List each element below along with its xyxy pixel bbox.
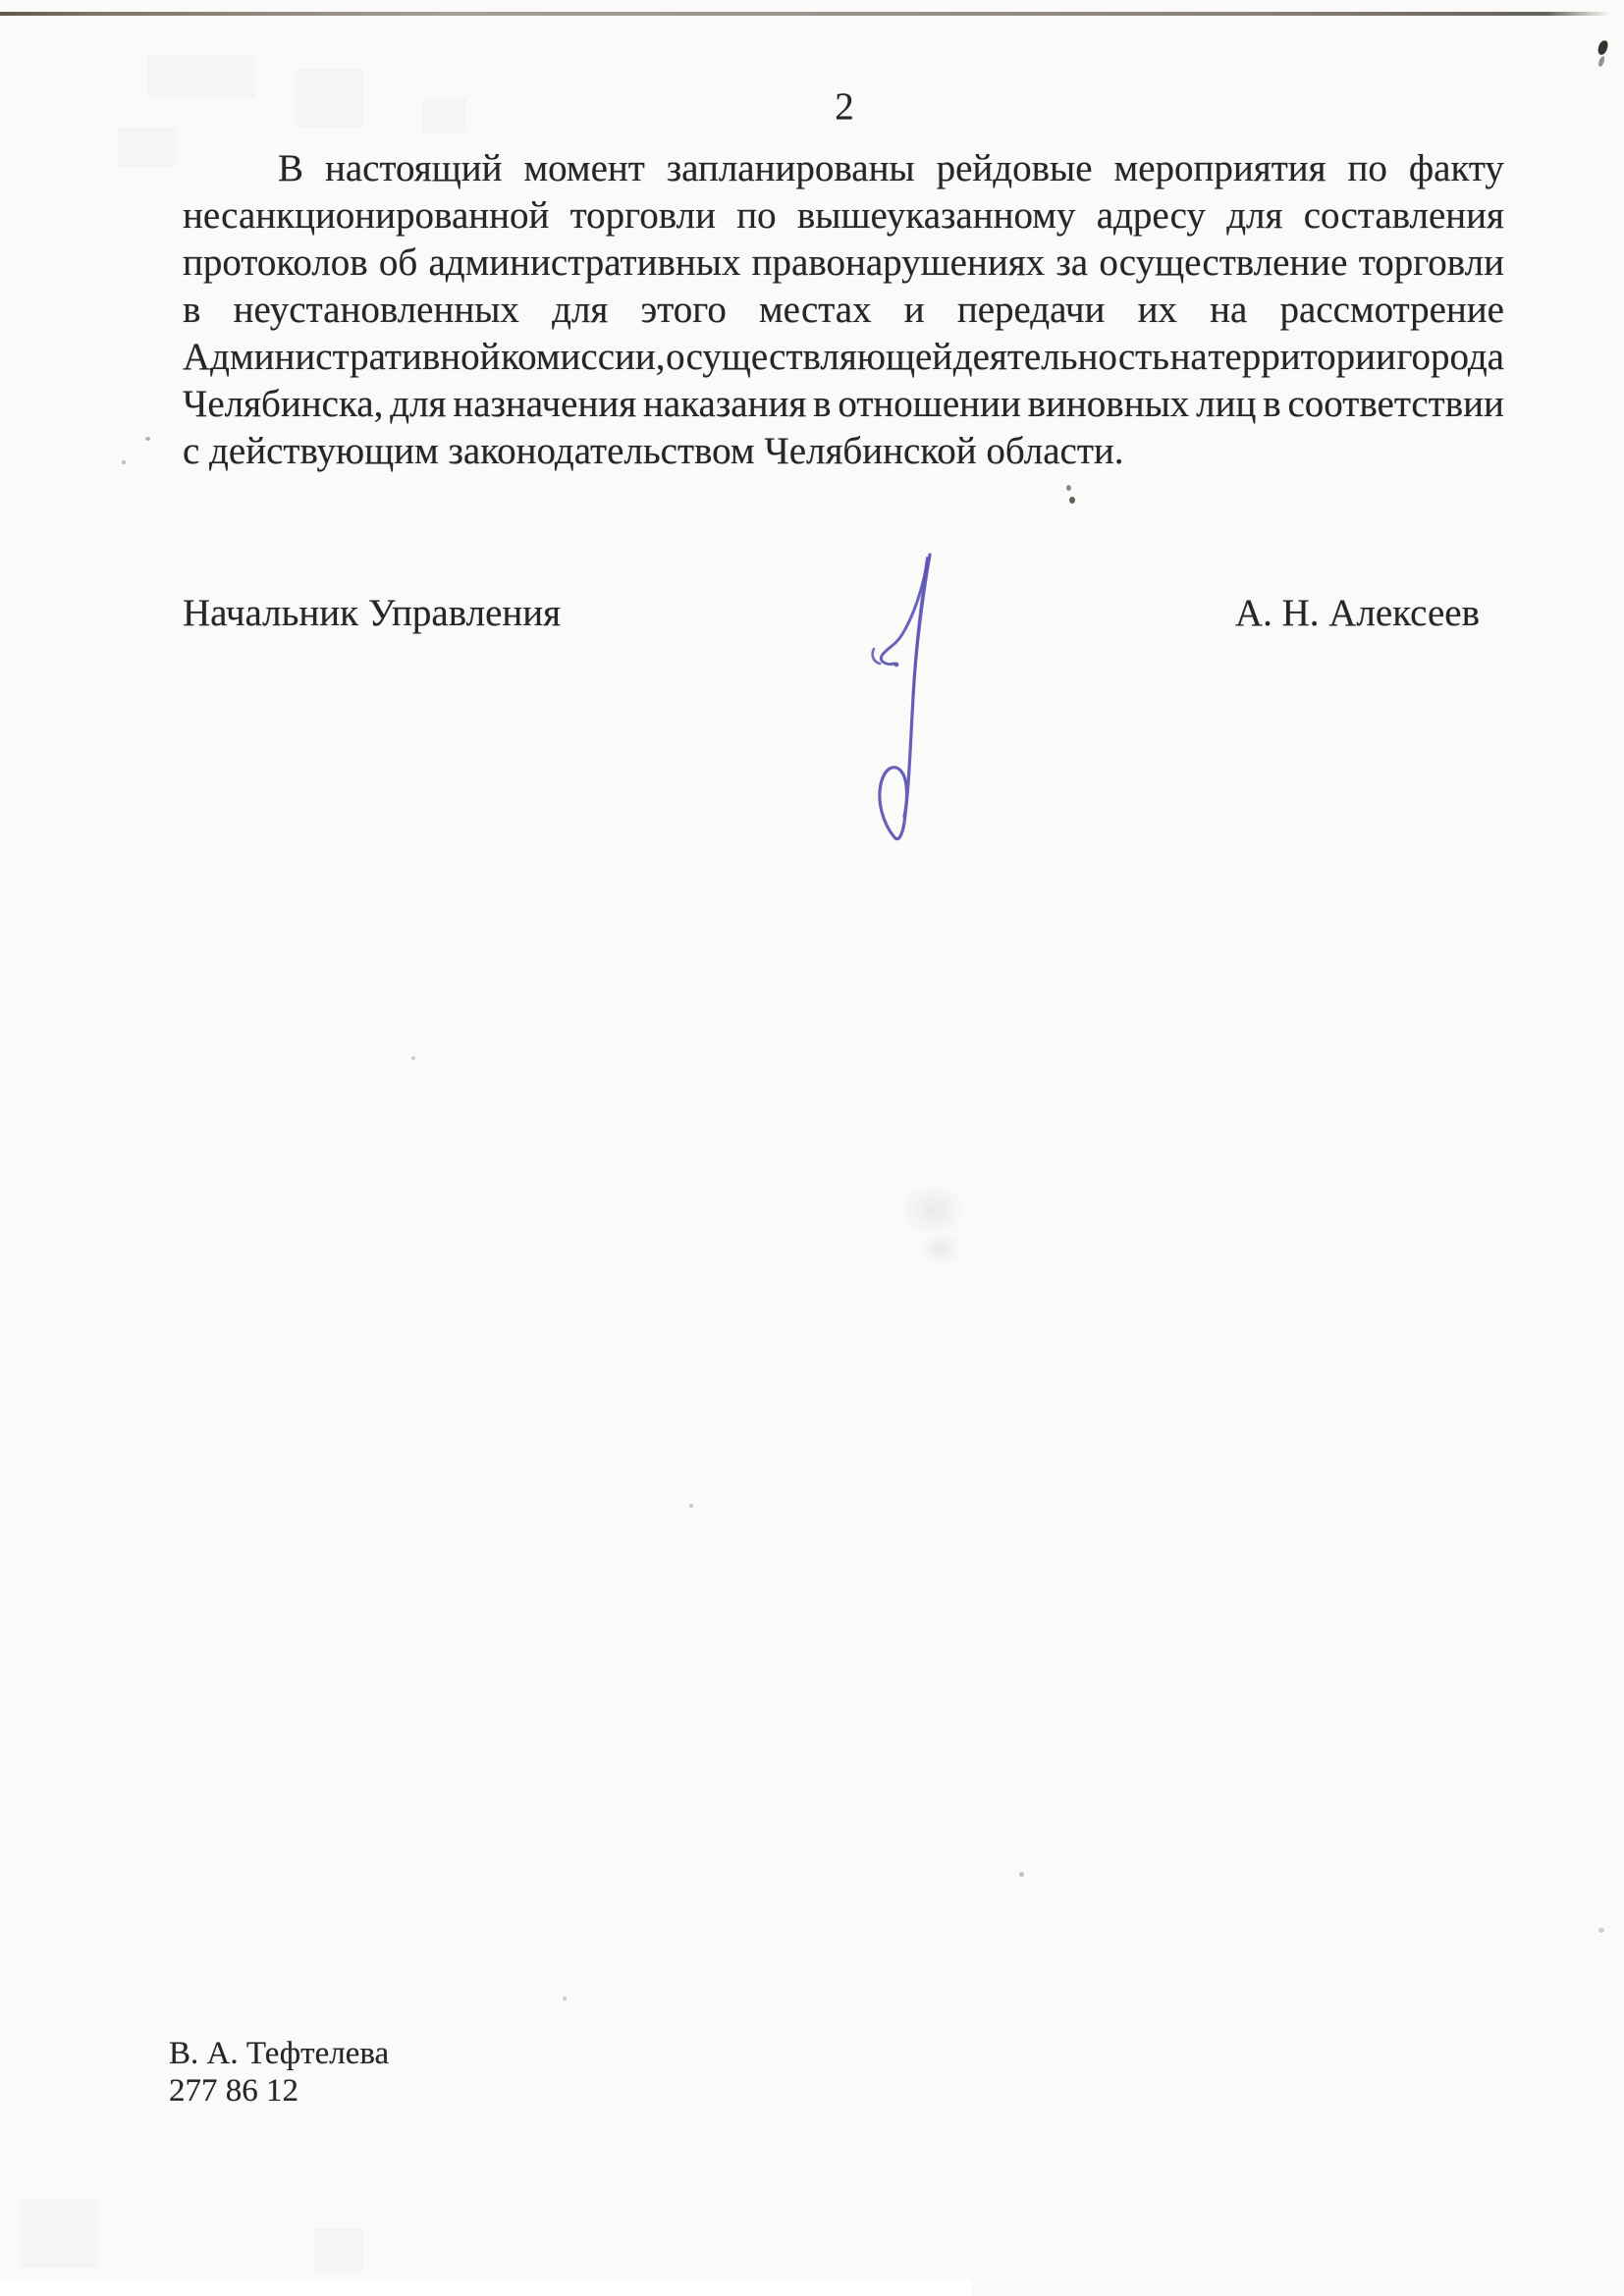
body-paragraph: Внастоящиймоментзапланированырейдовыемер… xyxy=(183,145,1504,475)
signature-ink-dot xyxy=(894,663,899,667)
scanned-document-page: 2 Внастоящиймоментзапланированырейдовыем… xyxy=(0,0,1624,2296)
paragraph-line-3: протоколовобадминистративныхправонарушен… xyxy=(183,240,1504,287)
executor-name: В. А. Тефтелева xyxy=(169,2035,389,2072)
paragraph-line-1: Внастоящиймоментзапланированырейдовыемер… xyxy=(183,145,1504,192)
handwritten-signature xyxy=(835,540,962,854)
scan-noise xyxy=(118,128,177,167)
scan-speck xyxy=(411,1056,415,1060)
page-number: 2 xyxy=(815,84,874,129)
scan-speck xyxy=(145,437,150,441)
scan-edge-line xyxy=(0,12,1610,16)
scan-speck xyxy=(1066,485,1071,491)
scan-smudge xyxy=(898,1183,967,1237)
scan-noise xyxy=(422,98,466,133)
paragraph-line-6: Челябинска,дляназначениянаказаниявотноше… xyxy=(183,381,1504,428)
signer-name: А. Н. Алексеев xyxy=(1178,590,1480,637)
scan-noise xyxy=(314,2228,363,2272)
scan-speck xyxy=(1019,1872,1024,1877)
scan-speck xyxy=(1598,1928,1604,1933)
paragraph-line-5: Административнойкомиссии,осуществляющейд… xyxy=(183,334,1504,381)
scan-noise xyxy=(20,2199,98,2268)
scan-speck xyxy=(689,1504,693,1508)
signer-position-title: Начальник Управления xyxy=(183,590,561,637)
scan-speck xyxy=(563,1997,567,2001)
paragraph-line-4: внеустановленныхдляэтогоместахипередачии… xyxy=(183,287,1504,334)
scan-noise xyxy=(295,69,363,128)
scan-speck xyxy=(1069,497,1075,504)
scan-speck xyxy=(122,460,126,464)
scan-artifact-mark xyxy=(1597,39,1608,56)
executor-block: В. А. Тефтелева 277 86 12 xyxy=(169,2035,389,2109)
scan-smudge xyxy=(918,1232,962,1266)
paragraph-line-2: несанкционированнойторговлиповышеуказанн… xyxy=(183,192,1504,240)
paragraph-line-7: с действующим законодательством Челябинс… xyxy=(183,428,1504,475)
scan-noise xyxy=(147,54,255,98)
executor-phone: 277 86 12 xyxy=(169,2072,389,2109)
signature-tick-stroke xyxy=(873,649,880,664)
scan-bottom-strip xyxy=(0,2280,972,2296)
